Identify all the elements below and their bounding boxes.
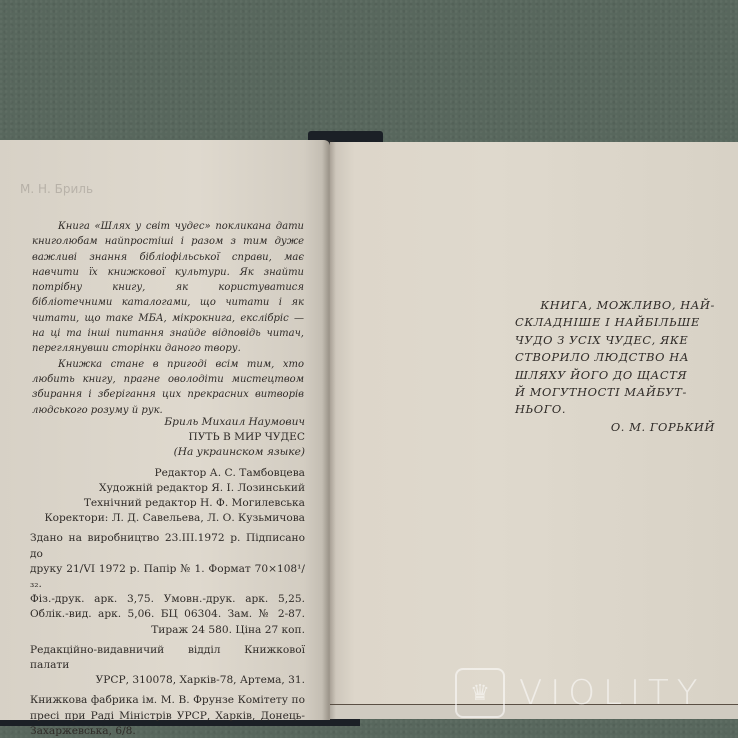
publisher-line: Редакційно-видавничий відділ Книжкової п…: [30, 643, 305, 673]
printer-line: пресі при Раді Міністрів УРСР, Харків, Д…: [30, 709, 305, 724]
ghost-header: М. Н. Бриль: [20, 182, 93, 196]
watermark: ♛ VIOLITY: [455, 668, 706, 718]
language-note: (На украинском языке): [30, 445, 305, 460]
book-spine: [322, 140, 336, 720]
art-editor: Художній редактор Я. І. Лозинський: [30, 481, 305, 496]
tech-editor: Технічний редактор Н. Ф. Могилевська: [30, 496, 305, 511]
colophon: Бриль Михаил Наумович ПУТЬ В МИР ЧУДЕС (…: [30, 415, 305, 738]
annotation-paragraph: Книжка стане в пригоді всім тим, хто люб…: [32, 357, 304, 418]
print-run-price: Тираж 24 580. Ціна 27 коп.: [30, 623, 305, 638]
publisher-line: УРСР, 310078, Харків-78, Артема, 31.: [30, 673, 305, 688]
production-line: Здано на виробництво 23.ІІІ.1972 р. Підп…: [30, 531, 305, 561]
printer-line: Книжкова фабрика ім. М. В. Фрунзе Коміте…: [30, 693, 305, 708]
printer-line: Захаржевська, 6/8.: [30, 724, 305, 738]
epigraph-line: СТВОРИЛО ЛЮДСТВО НА: [515, 349, 715, 366]
epigraph-line: ШЛЯХУ ЙОГО ДО ЩАСТЯ: [515, 367, 715, 384]
production-line: Фіз.-друк. арк. 3,75. Умовн.-друк. арк. …: [30, 592, 305, 607]
epigraph-line: СКЛАДНІШЕ І НАЙБІЛЬШЕ: [515, 314, 715, 331]
epigraph-line: КНИГА, МОЖЛИВО, НАЙ-: [515, 297, 715, 314]
editor: Редактор А. С. Тамбовцева: [30, 466, 305, 481]
watermark-text: VIOLITY: [519, 673, 706, 713]
production-line: друку 21/VI 1972 р. Папір № 1. Формат 70…: [30, 562, 305, 592]
proofreaders: Коректори: Л. Д. Савельева, Л. О. Кузьми…: [30, 511, 305, 526]
production-line: Облік.-вид. арк. 5,06. БЦ 06304. Зам. № …: [30, 607, 305, 622]
epigraph-attribution: О. М. ГОРЬКИЙ: [515, 419, 715, 436]
book-annotation: Книга «Шлях у світ чудес» покликана дати…: [32, 219, 304, 418]
book-title: ПУТЬ В МИР ЧУДЕС: [30, 430, 305, 445]
author-name: Бриль Михаил Наумович: [30, 415, 305, 430]
annotation-paragraph: Книга «Шлях у світ чудес» покликана дати…: [32, 219, 304, 357]
epigraph-line: НЬОГО.: [515, 401, 715, 418]
epigraph-line: ЧУДО З УСІХ ЧУДЕС, ЯКЕ: [515, 332, 715, 349]
epigraph-line: Й МОГУТНОСТІ МАЙБУТ-: [515, 384, 715, 401]
crown-icon: ♛: [455, 668, 505, 718]
epigraph: КНИГА, МОЖЛИВО, НАЙ- СКЛАДНІШЕ І НАЙБІЛЬ…: [515, 297, 715, 436]
